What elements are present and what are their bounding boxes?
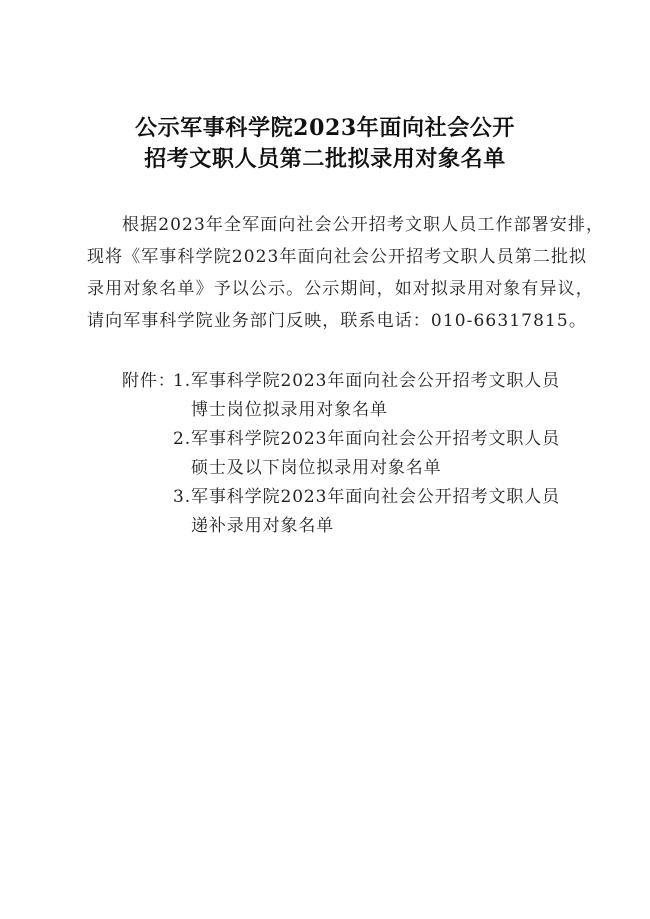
- attachment-number: 2.: [173, 425, 191, 454]
- attachment-number: 3.: [173, 483, 191, 512]
- document-page: 公示军事科学院2023年面向社会公开 招考文职人员第二批拟录用对象名单 根据20…: [0, 0, 650, 919]
- body-line-4: 请向军事科学院业务部门反映，联系电话：010-66317815。: [87, 305, 573, 337]
- attachment-item-3: 3. 军事科学院2023年面向社会公开招考文职人员 递补录用对象名单: [173, 483, 573, 541]
- body-line-2: 现将《军事科学院2023年面向社会公开招考文职人员第二批拟: [87, 241, 573, 273]
- attachment-title: 军事科学院2023年面向社会公开招考文职人员 博士岗位拟录用对象名单: [173, 367, 573, 425]
- attachment-title-line-2: 硕士及以下岗位拟录用对象名单: [191, 454, 573, 483]
- attachment-title-line-1: 军事科学院2023年面向社会公开招考文职人员: [191, 367, 573, 396]
- attachment-title: 军事科学院2023年面向社会公开招考文职人员 递补录用对象名单: [173, 483, 573, 541]
- document-title: 公示军事科学院2023年面向社会公开 招考文职人员第二批拟录用对象名单: [0, 113, 650, 175]
- attachment-title-line-1: 军事科学院2023年面向社会公开招考文职人员: [191, 425, 573, 454]
- attachment-title-line-2: 递补录用对象名单: [191, 512, 573, 541]
- title-line-1: 公示军事科学院2023年面向社会公开: [0, 113, 650, 144]
- attachments-list: 1. 军事科学院2023年面向社会公开招考文职人员 博士岗位拟录用对象名单 2.…: [173, 367, 573, 541]
- attachment-item-1: 1. 军事科学院2023年面向社会公开招考文职人员 博士岗位拟录用对象名单: [173, 367, 573, 425]
- title-line-2: 招考文职人员第二批拟录用对象名单: [0, 144, 650, 175]
- attachment-number: 1.: [173, 367, 191, 396]
- attachment-title-line-1: 军事科学院2023年面向社会公开招考文职人员: [191, 483, 573, 512]
- attachment-item-2: 2. 军事科学院2023年面向社会公开招考文职人员 硕士及以下岗位拟录用对象名单: [173, 425, 573, 483]
- body-line-1: 根据2023年全军面向社会公开招考文职人员工作部署安排，: [87, 209, 573, 241]
- attachments-label: 附件：: [122, 367, 176, 396]
- notice-body: 根据2023年全军面向社会公开招考文职人员工作部署安排， 现将《军事科学院202…: [87, 209, 573, 337]
- attachment-title: 军事科学院2023年面向社会公开招考文职人员 硕士及以下岗位拟录用对象名单: [173, 425, 573, 483]
- attachment-title-line-2: 博士岗位拟录用对象名单: [191, 396, 573, 425]
- body-line-3: 录用对象名单》予以公示。公示期间，如对拟录用对象有异议，: [87, 273, 573, 305]
